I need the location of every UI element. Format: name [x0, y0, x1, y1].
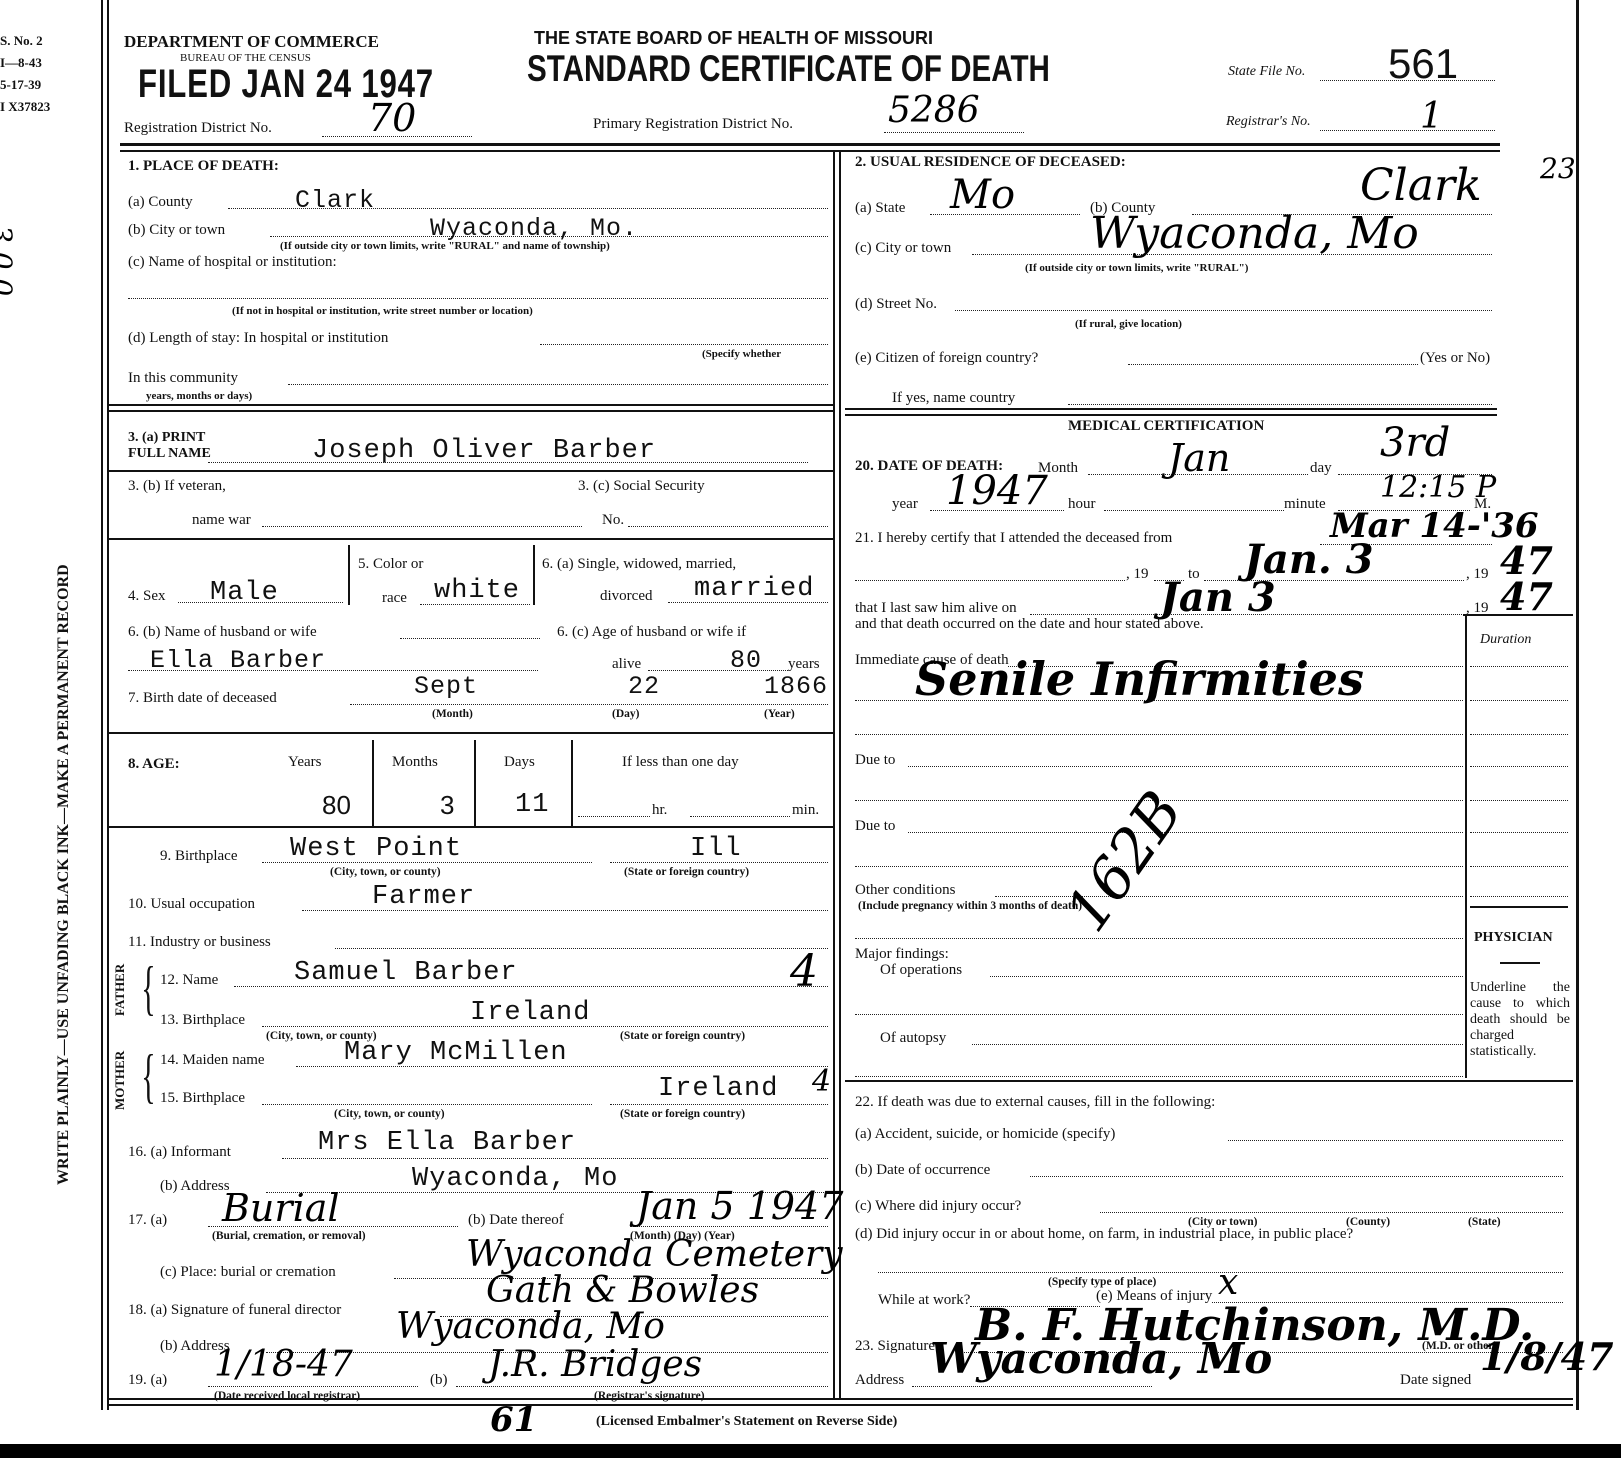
scan-border — [0, 1444, 1621, 1458]
place-of-death-heading: 1. PLACE OF DEATH: — [128, 158, 279, 175]
sex-value: Male — [210, 578, 279, 608]
father-birth-label: 13. Birthplace — [160, 1012, 245, 1029]
birthplace-city-hint: (City, town, or county) — [330, 866, 441, 878]
accident-label: (a) Accident, suicide, or homicide (spec… — [855, 1126, 1115, 1143]
ss-label: 3. (c) Social Security — [578, 478, 705, 495]
external-heading: 22. If death was due to external causes,… — [855, 1094, 1215, 1111]
mother-city-hint: (City, town, or county) — [334, 1108, 445, 1120]
age-months-header: Months — [392, 754, 438, 771]
residence-heading: 2. USUAL RESIDENCE OF DECEASED: — [855, 154, 1126, 171]
race-label: race — [382, 590, 407, 607]
vertical-instruction: WRITE PLAINLY—USE UNFADING BLACK INK—MAK… — [55, 564, 73, 1185]
mother-birth-label: 15. Birthplace — [160, 1090, 245, 1107]
director-label: 18. (a) Signature of funeral director — [128, 1302, 341, 1319]
death-county-value: Clark — [295, 186, 375, 215]
less-than-day-header: If less than one day — [622, 754, 739, 771]
community-label: In this community — [128, 370, 238, 387]
name-label-2: FULL NAME — [128, 446, 211, 462]
footer-note: (Licensed Embalmer's Statement on Revers… — [596, 1414, 897, 1430]
physician-heading: PHYSICIAN — [1474, 930, 1553, 946]
mother-brace: { — [141, 1046, 155, 1106]
side-notation: 3 0 0 — [0, 225, 18, 296]
res-city-value: Wyaconda, Mo — [1090, 208, 1419, 259]
spouse-label: 6. (b) Name of husband or wife — [128, 624, 317, 641]
last-saw-value: Jan 3 — [1160, 574, 1276, 621]
registrar-no-label: Registrar's No. — [1226, 114, 1311, 130]
director-address-value: Wyaconda, Mo — [396, 1306, 665, 1347]
form-code: S. No. 2 — [0, 30, 90, 52]
informant-address-label: (b) Address — [160, 1178, 230, 1195]
father-tag: FATHER — [112, 964, 128, 1016]
attend-label: 21. I hereby certify that I attended the… — [855, 530, 1172, 547]
where-label: (c) Where did injury occur? — [855, 1198, 1021, 1215]
burial-date-label: (b) Date thereof — [468, 1212, 564, 1229]
res-street-label: (d) Street No. — [855, 296, 937, 313]
age-months-value: 3 — [440, 790, 454, 821]
nineteen-label: , 19 — [1126, 566, 1149, 583]
received-label: 19. (a) — [128, 1372, 167, 1389]
work-label: While at work? — [878, 1292, 970, 1309]
registration-district-label: Registration District No. — [124, 120, 272, 137]
marital-label: 6. (a) Single, widowed, married, — [542, 556, 736, 573]
last-saw-label: that I last saw him alive on — [855, 600, 1017, 617]
home-label: (d) Did injury occur in or about home, o… — [855, 1226, 1353, 1243]
country-label: If yes, name country — [892, 390, 1015, 407]
margin-rule — [101, 0, 103, 1410]
mother-name-label: 14. Maiden name — [160, 1052, 265, 1069]
father-birth-value: Ireland — [470, 998, 590, 1028]
operations-label: Of operations — [880, 962, 962, 979]
burial-value: Burial — [222, 1186, 340, 1230]
minute-label: minute — [1284, 496, 1326, 513]
sig-address-label: Address — [855, 1372, 904, 1389]
father-brace: { — [141, 958, 155, 1018]
industry-label: 11. Industry or business — [128, 934, 271, 951]
res-street-hint: (If rural, give location) — [1075, 318, 1182, 330]
registrar-signature: J.R. Bridges — [488, 1344, 702, 1385]
age-days-header: Days — [504, 754, 535, 771]
hospital-label: (c) Name of hospital or institution: — [128, 254, 337, 271]
full-name-value: Joseph Oliver Barber — [312, 436, 656, 466]
divorced-label: divorced — [600, 588, 652, 605]
received-value: 1/18-47 — [214, 1344, 353, 1385]
page-title: STANDARD CERTIFICATE OF DEATH — [527, 48, 1050, 90]
informant-value: Mrs Ella Barber — [318, 1128, 576, 1158]
date-signed-value: 1/8/47 — [1480, 1334, 1614, 1379]
birthplace-city-value: West Point — [290, 834, 462, 864]
means-mark: x — [1218, 1262, 1238, 1303]
hr-label: hr. — [652, 802, 667, 819]
findings-label: Major findings: — [855, 946, 949, 963]
res-city-hint: (If outside city or town limits, write "… — [1025, 262, 1248, 274]
received-hint: (Date received local registrar) — [214, 1390, 360, 1402]
hospital-hint: (If not in hospital or institution, writ… — [232, 305, 533, 317]
duration-divider — [1465, 614, 1467, 1078]
birthplace-state-value: Ill — [690, 834, 742, 864]
burial-date-value: Jan 5 1947 — [636, 1184, 843, 1228]
footer-mark: 61 — [490, 1400, 537, 1440]
name-label: 3. (a) PRINT — [128, 430, 205, 446]
director-value: Gath & Bowles — [486, 1270, 759, 1311]
registrar-label: (b) — [430, 1372, 448, 1389]
signature-label: 23. Signature — [855, 1338, 935, 1355]
informant-address-value: Wyaconda, Mo — [412, 1164, 618, 1194]
form-code: I—8-43 — [0, 52, 90, 74]
res-county-code: 23 — [1540, 152, 1576, 185]
hour-label: hour — [1068, 496, 1096, 513]
code-mark: 162B — [1052, 779, 1196, 944]
death-city-value: Wyaconda, Mo. — [430, 214, 638, 243]
birth-label: 7. Birth date of deceased — [128, 690, 277, 707]
res-state-value: Mo — [950, 172, 1015, 218]
duration-label: Duration — [1480, 632, 1531, 648]
cause-value: Senile Infirmities — [915, 652, 1364, 706]
min-label: min. — [792, 802, 819, 819]
father-code-mark: 4 — [790, 946, 818, 997]
father-name-value: Samuel Barber — [294, 958, 518, 988]
department: DEPARTMENT OF COMMERCE — [124, 32, 379, 52]
sex-label: 4. Sex — [128, 588, 166, 605]
veteran-label: 3. (b) If veteran, — [128, 478, 226, 495]
due-to-1-label: Due to — [855, 752, 895, 769]
age-label: 8. AGE: — [128, 756, 180, 773]
last-saw-year: 47 — [1500, 574, 1553, 619]
burial-place-label: (c) Place: burial or cremation — [160, 1264, 336, 1281]
mother-state-hint: (State or foreign country) — [620, 1108, 745, 1120]
form-code: I X37823 — [0, 96, 90, 118]
stay-label: (d) Length of stay: In hospital or insti… — [128, 330, 388, 347]
birth-day-value: 22 — [628, 672, 660, 701]
age-days-value: 11 — [515, 790, 549, 820]
registrar-hint: (Registrar's signature) — [594, 1390, 705, 1402]
spouse-age-value: 80 — [730, 646, 762, 675]
citizen-options: (Yes or No) — [1420, 350, 1490, 367]
attend-to-year-prefix: , 19 — [1466, 566, 1489, 583]
specify-hint: (Specify whether — [702, 348, 781, 360]
birthplace-state-hint: (State or foreign country) — [624, 866, 749, 878]
community-hint: years, months or days) — [146, 390, 252, 402]
age-years-value: 80 — [322, 790, 351, 821]
years-label: years — [788, 656, 820, 673]
alive-label: alive — [612, 656, 641, 673]
dod-year-value: 1947 — [946, 468, 1048, 514]
autopsy-label: Of autopsy — [880, 1030, 946, 1047]
birthplace-label: 9. Birthplace — [160, 848, 237, 865]
dod-year-label: year — [892, 496, 918, 513]
day-hint: (Day) — [612, 708, 639, 720]
other-hint: (Include pregnancy within 3 months of de… — [858, 900, 1082, 912]
occupation-label: 10. Usual occupation — [128, 896, 255, 913]
city-hint: (If outside city or town limits, write "… — [280, 240, 610, 252]
ss-no-label: No. — [602, 512, 624, 529]
board-title: THE STATE BOARD OF HEALTH OF MISSOURI — [534, 28, 933, 49]
res-state-label: (a) State — [855, 200, 905, 217]
spouse-value: Ella Barber — [150, 646, 326, 675]
year-hint: (Year) — [764, 708, 795, 720]
color-label: 5. Color or — [358, 556, 423, 573]
race-value: white — [434, 576, 520, 606]
informant-label: 16. (a) Informant — [128, 1144, 231, 1161]
other-conditions-label: Other conditions — [855, 882, 955, 899]
war-label: name war — [192, 512, 251, 529]
spouse-age-label: 6. (c) Age of husband or wife if — [557, 624, 746, 641]
dod-day-value: 3rd — [1380, 420, 1450, 466]
medical-heading: MEDICAL CERTIFICATION — [1068, 418, 1264, 435]
primary-district-value: 5286 — [888, 90, 980, 131]
month-hint: (Month) — [432, 708, 473, 720]
margin-rule — [107, 0, 109, 1410]
registration-district-value: 70 — [368, 96, 416, 140]
due-to-2-label: Due to — [855, 818, 895, 835]
res-county-value: Clark — [1360, 160, 1482, 211]
mother-birth-value: Ireland — [658, 1074, 778, 1104]
county-label: (a) County — [128, 194, 193, 211]
city-label: (b) City or town — [128, 222, 225, 239]
birth-month-value: Sept — [414, 672, 478, 701]
burial-hint: (Burial, cremation, or removal) — [212, 1230, 366, 1242]
occupation-value: Farmer — [372, 882, 475, 912]
occurrence-date-label: (b) Date of occurrence — [855, 1162, 990, 1179]
age-years-header: Years — [288, 754, 321, 771]
primary-district-label: Primary Registration District No. — [593, 116, 793, 133]
res-city-label: (c) City or town — [855, 240, 951, 257]
mother-name-value: Mary McMillen — [344, 1038, 568, 1068]
birth-year-value: 1866 — [764, 672, 828, 701]
father-state-hint: (State or foreign country) — [620, 1030, 745, 1042]
mother-code-mark: 4 — [812, 1064, 831, 1099]
dod-month-value: Jan — [1168, 436, 1230, 480]
where-state-hint: (State) — [1468, 1216, 1501, 1228]
form-code: 5-17-39 — [0, 74, 90, 96]
occurred-label: and that death occurred on the date and … — [855, 616, 1204, 633]
citizen-label: (e) Citizen of foreign country? — [855, 350, 1038, 367]
burial-place-value: Wyaconda Cemetery — [466, 1234, 843, 1275]
registrar-no-value: 1 — [1420, 96, 1443, 137]
form-code-list: S. No. 2 I—8-43 5-17-39 I X37823 — [0, 30, 90, 118]
father-name-label: 12. Name — [160, 972, 218, 989]
physician-note: Underline the cause to which death shoul… — [1470, 980, 1570, 1060]
place-hint: (Specify type of place) — [1048, 1276, 1156, 1288]
sig-address-value: Wyaconda, Mo — [930, 1334, 1272, 1383]
mother-tag: MOTHER — [112, 1051, 128, 1110]
date-signed-label: Date signed — [1400, 1372, 1471, 1389]
state-file-label: State File No. — [1228, 64, 1305, 80]
marital-value: married — [694, 574, 814, 604]
burial-label: 17. (a) — [128, 1212, 167, 1229]
day-label: day — [1310, 460, 1332, 477]
state-file-value: 561 — [1388, 40, 1458, 88]
